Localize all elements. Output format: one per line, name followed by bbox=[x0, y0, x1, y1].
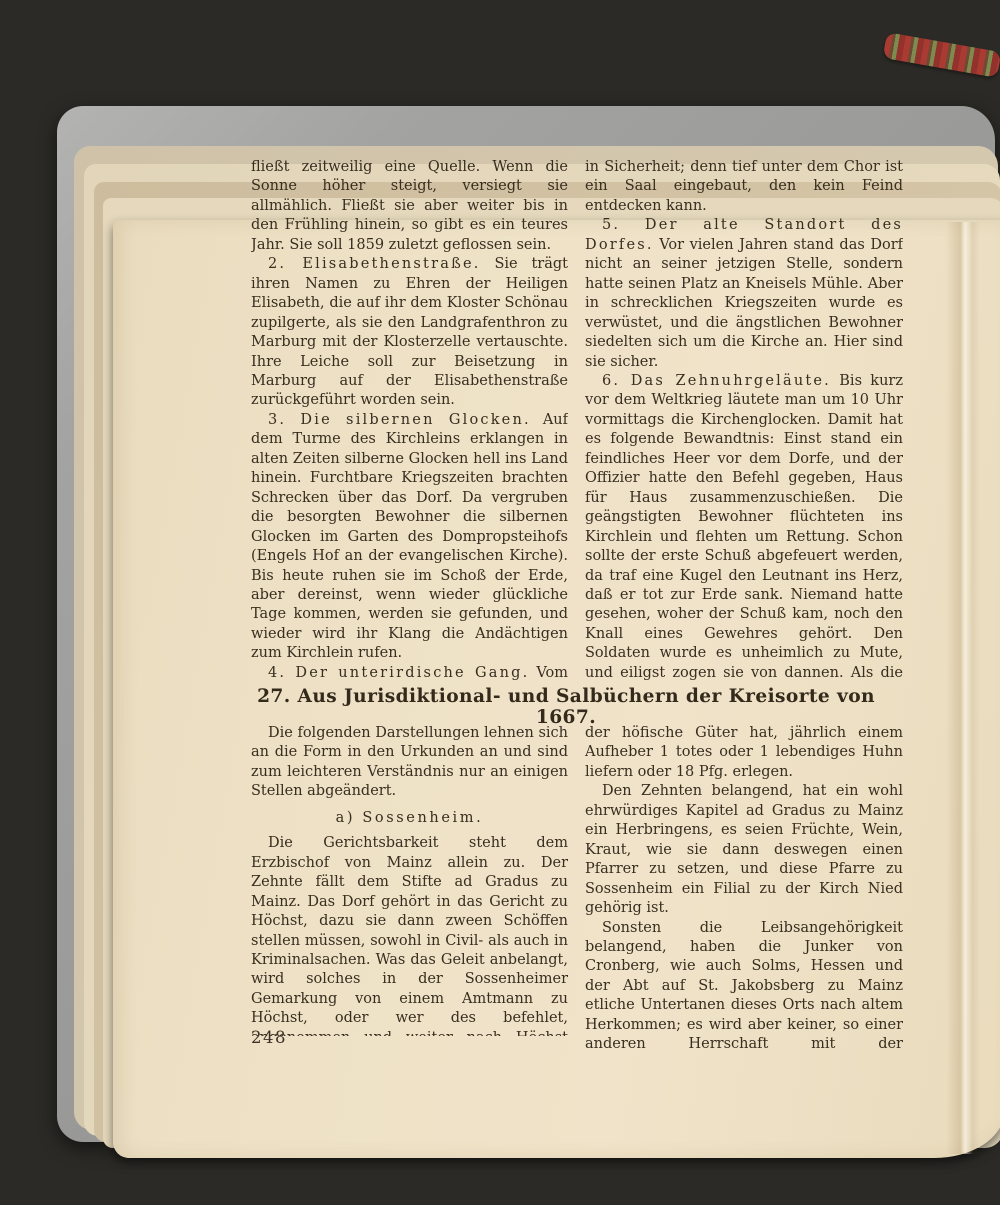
book-photo: fließt zeitweilig eine Quelle. Wenn die … bbox=[0, 0, 1000, 1205]
item-2-text: Sie trägt ihren Namen zu Ehren der Heili… bbox=[251, 256, 568, 408]
paragraph-item-4: 4. Der unterirdische Gang. Vom Chor des … bbox=[251, 664, 568, 684]
page-number: 248 bbox=[251, 1028, 287, 1047]
paragraph-item-3: 3. Die silbernen Glocken. Auf dem Turme … bbox=[251, 411, 568, 664]
paragraph-item-6: 6. Das Zehnuhrgeläute. Bis kurz vor dem … bbox=[585, 372, 903, 684]
spine-headband bbox=[883, 32, 1000, 78]
section-intro: Die folgenden Darstellungen lehnen sich … bbox=[251, 724, 568, 802]
item-3-text: Auf dem Turme des Kirchleins erklangen i… bbox=[251, 412, 568, 661]
subsection-heading: a) Sossenheim. bbox=[251, 809, 568, 828]
lower-left-column: Die folgenden Darstellungen lehnen sich … bbox=[251, 724, 568, 1036]
section-left-paragraph-1: Die Gerichtsbarkeit steht dem Erzbischof… bbox=[251, 834, 568, 1036]
item-6-title: 6. Das Zehnuhrgeläute. bbox=[602, 373, 831, 389]
paragraph-item-5: 5. Der alte Standort des Dorfes. Vor vie… bbox=[585, 216, 903, 372]
item-6-text: Bis kurz vor dem Weltkrieg läutete man u… bbox=[585, 373, 903, 684]
upper-left-column: fließt zeitweilig eine Quelle. Wenn die … bbox=[251, 158, 568, 684]
paragraph-continuation: fließt zeitweilig eine Quelle. Wenn die … bbox=[251, 158, 568, 255]
item-3-title: 3. Die silbernen Glocken. bbox=[268, 412, 531, 428]
item-4-title: 4. Der unterirdische Gang. bbox=[268, 665, 529, 681]
section-right-paragraph-1: der höfische Güter hat, jährlich einem A… bbox=[585, 724, 903, 782]
item-5-text: Vor vielen Jahren stand das Dorf nicht a… bbox=[585, 237, 903, 370]
section-right-paragraph-2: Den Zehnten belangend, hat ein wohl ehrw… bbox=[585, 782, 903, 918]
paragraph-continuation: in Sicherheit; denn tief unter dem Chor … bbox=[585, 158, 903, 216]
section-heading: 27. Aus Jurisdiktional- und Salbüchern d… bbox=[230, 686, 902, 728]
item-2-title: 2. Elisabethenstraße. bbox=[268, 256, 481, 272]
lower-right-column: der höfische Güter hat, jährlich einem A… bbox=[585, 724, 903, 1054]
upper-right-column: in Sicherheit; denn tief unter dem Chor … bbox=[585, 158, 903, 684]
section-right-paragraph-3: Sonsten die Leibsangehörigkeit belangend… bbox=[585, 919, 903, 1054]
paragraph-item-2: 2. Elisabethenstraße. Sie trägt ihren Na… bbox=[251, 255, 568, 411]
